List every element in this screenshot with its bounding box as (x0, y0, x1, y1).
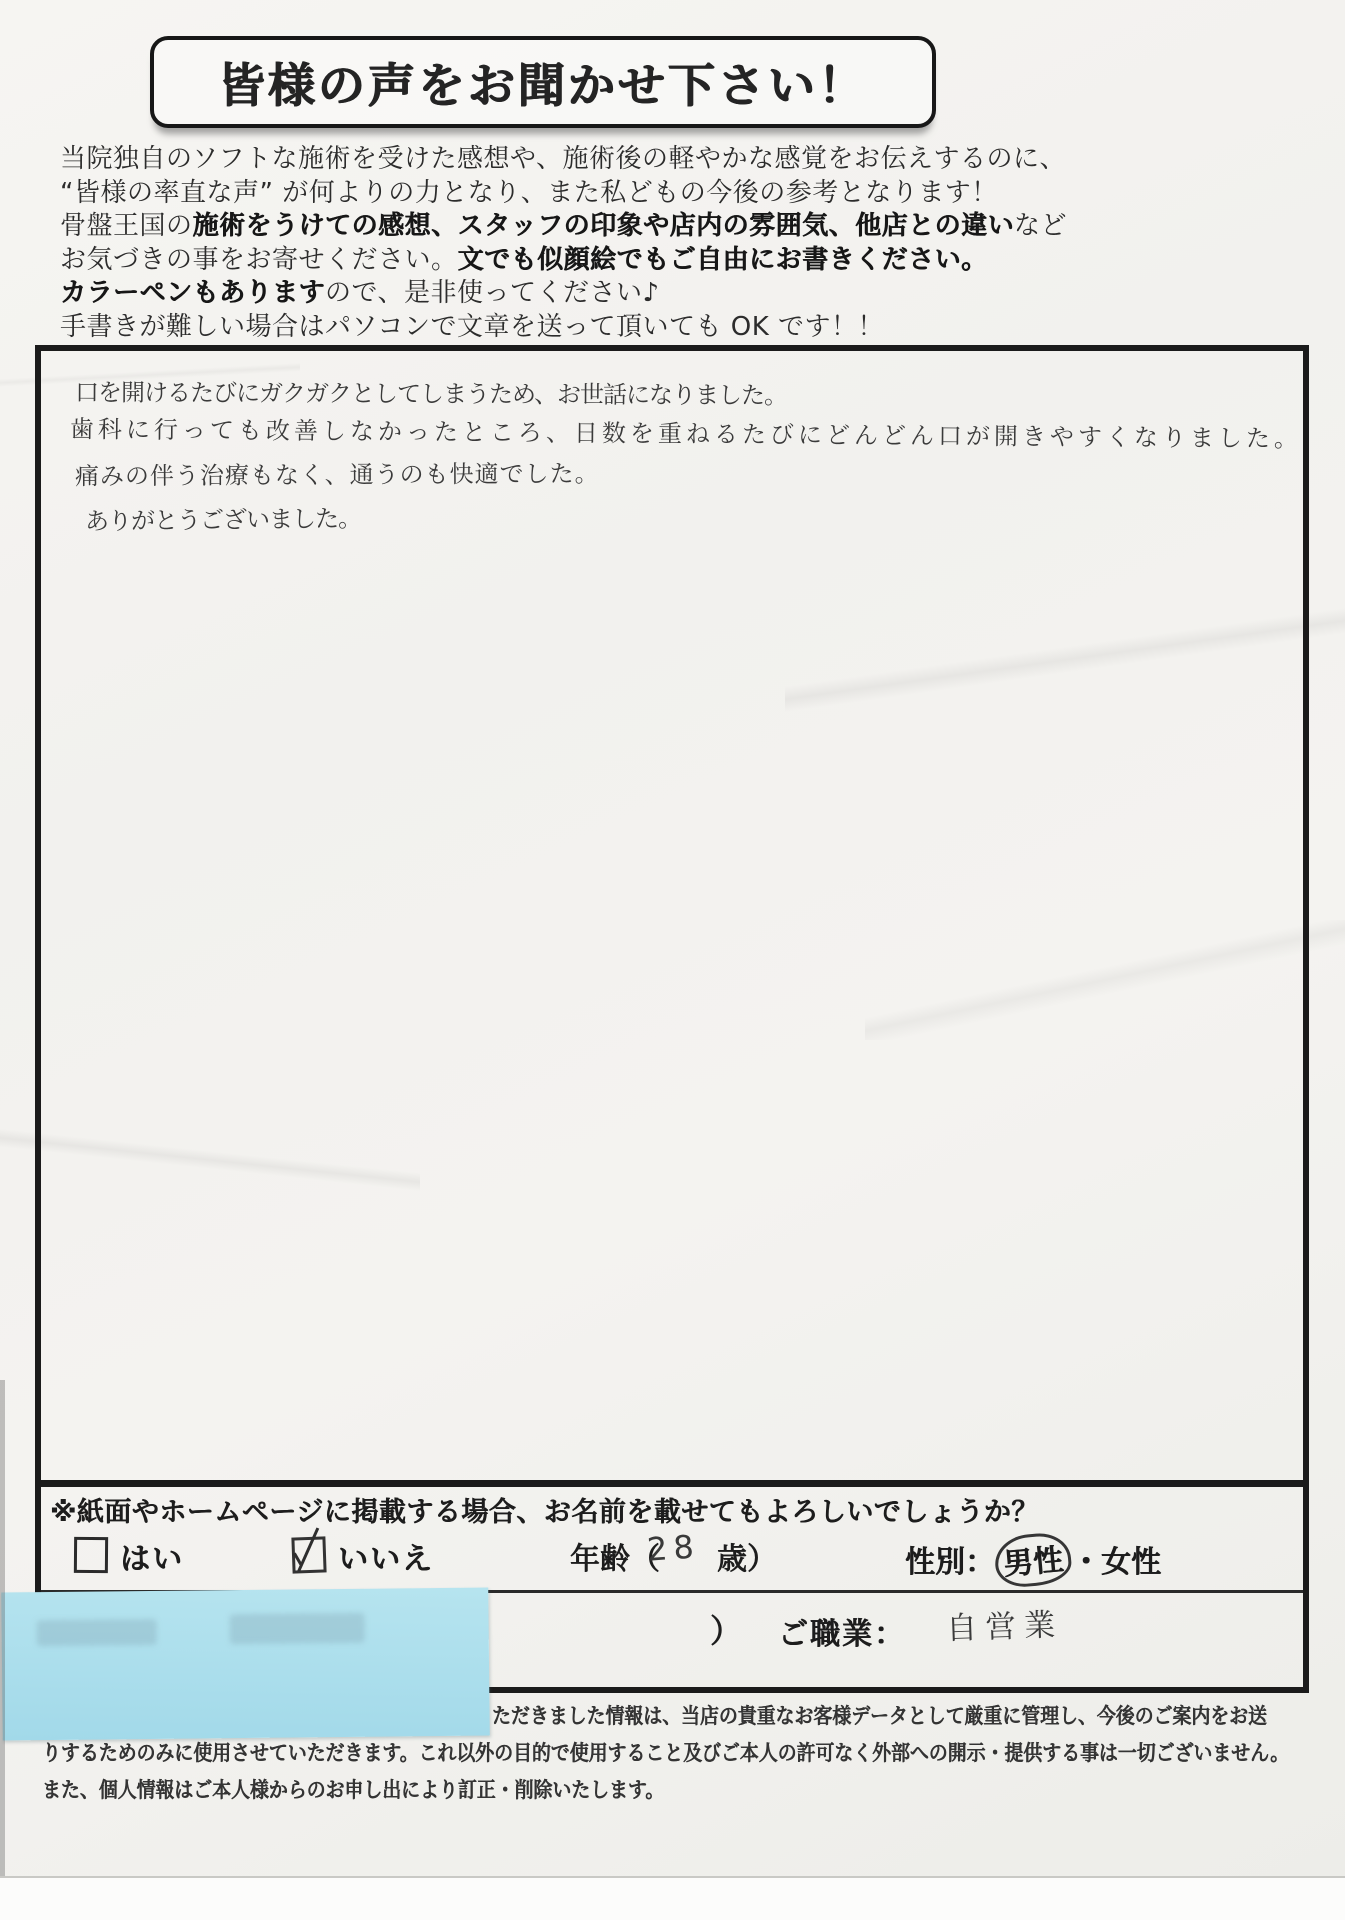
sticky-note-cover (1, 1587, 490, 1740)
privacy-line: また、個人情報はご本人様からのお申し出により訂正・削除いたします。 (42, 1774, 664, 1804)
gender-female: 女性 (1101, 1545, 1161, 1580)
intro-line: お気づきの事をお寄せください。文でも似顔絵でもご自由にお書きください。 (60, 244, 1300, 278)
checkbox-no-checked (291, 1536, 326, 1573)
intro-text-segment: ので、是非使ってください♪ (325, 278, 660, 308)
intro-text-segment: 手書きが難しい場合はパソコンで文章を送って頂いても OK です！！ (60, 312, 884, 342)
consent-question: ※紙面やホームページに掲載する場合、お名前を載せてもよろしいでしょうか？ (50, 1490, 1039, 1529)
scanned-survey-page: 皆様の声をお聞かせ下さい！ 当院独自のソフトな施術を受けた感想や、施術後の軽やか… (0, 0, 1345, 1920)
handwritten-feedback-line: 歯科に行っても改善しなかったところ、日数を重ねるたびにどんどん口が開きやすくなり… (70, 409, 1302, 454)
intro-text-bold: カラーペンもあります (60, 278, 325, 308)
intro-line: 手書きが難しい場合はパソコンで文章を送って頂いても OK です！！ (60, 311, 1300, 345)
intro-line: 骨盤王国の施術をうけての感想、スタッフの印象や店内の雰囲気、他店との違いなど (60, 210, 1300, 244)
ghost-text (229, 1613, 364, 1644)
privacy-line: りするためのみに使用させていただきます。これ以外の目的で使用すること及びご本人の… (42, 1737, 1289, 1767)
gender-male-circled: 男性 (993, 1531, 1073, 1589)
page-title: 皆様の声をお聞かせ下さい！ (218, 49, 868, 116)
intro-text-segment: 当院独自のソフトな施術を受けた感想や、施術後の軽やかな感覚をお伝えするのに、 (60, 144, 1066, 174)
privacy-line: ただきました情報は、当店の貴重なお客様データとして厳重に管理し、今後のご案内をお… (492, 1700, 1267, 1730)
intro-text-segment: など (1014, 211, 1067, 241)
section-divider (41, 1480, 1303, 1487)
intro-text-segment: お気づきの事をお寄せください。 (60, 245, 458, 275)
intro-line: “皆様の率直な声” が何よりの力となり、また私どもの今後の参考となります！ (60, 177, 1300, 211)
intro-text-segment: “皆様の率直な声” が何よりの力となり、また私どもの今後の参考となります！ (60, 178, 998, 208)
handwritten-feedback-line: 痛みの伴う治療もなく、通うのも快適でした。 (75, 454, 600, 492)
scan-edge (0, 1380, 5, 1876)
intro-text-bold: 文でも似顔絵でもご自由にお書きください。 (458, 245, 988, 275)
gender-label: 性別： (905, 1545, 995, 1580)
name-field-paren: ） (710, 1606, 742, 1652)
intro-line: カラーペンもありますので、是非使ってください♪ (60, 277, 1300, 311)
handwritten-feedback-line: 口を開けるたびにガクガクとしてしまうため、お世話になりました。 (75, 372, 787, 410)
age-label-close: 歳） (717, 1534, 777, 1578)
title-box: 皆様の声をお聞かせ下さい！ (150, 36, 936, 128)
feedback-form-box: 口を開けるたびにガクガクとしてしまうため、お世話になりました。 歯科に行っても改… (35, 345, 1309, 1693)
occupation-value-handwritten: 自営業 (945, 1599, 1063, 1648)
intro-text-segment: 骨盤王国の (60, 211, 193, 241)
intro-line: 当院独自のソフトな施術を受けた感想や、施術後の軽やかな感覚をお伝えするのに、 (60, 143, 1300, 177)
intro-paragraph: 当院独自のソフトな施術を受けた感想や、施術後の軽やかな感覚をお伝えするのに、 “… (60, 143, 1300, 345)
gender-field: 性別：男性・女性 (905, 1534, 1161, 1586)
ghost-text (37, 1619, 157, 1646)
checkbox-yes-label: はい (120, 1534, 184, 1578)
age-value-handwritten: 28 (646, 1527, 701, 1569)
checkbox-yes (74, 1537, 108, 1573)
occupation-label: ご職業： (778, 1609, 906, 1653)
checkbox-no-label: いいえ (338, 1534, 434, 1578)
scan-bottom-edge (0, 1876, 1345, 1920)
handwritten-feedback-line: ありがとうございました。 (85, 499, 361, 537)
intro-text-bold: 施術をうけての感想、スタッフの印象や店内の雰囲気、他店との違い (193, 211, 1015, 241)
gender-separator: ・ (1071, 1545, 1101, 1580)
